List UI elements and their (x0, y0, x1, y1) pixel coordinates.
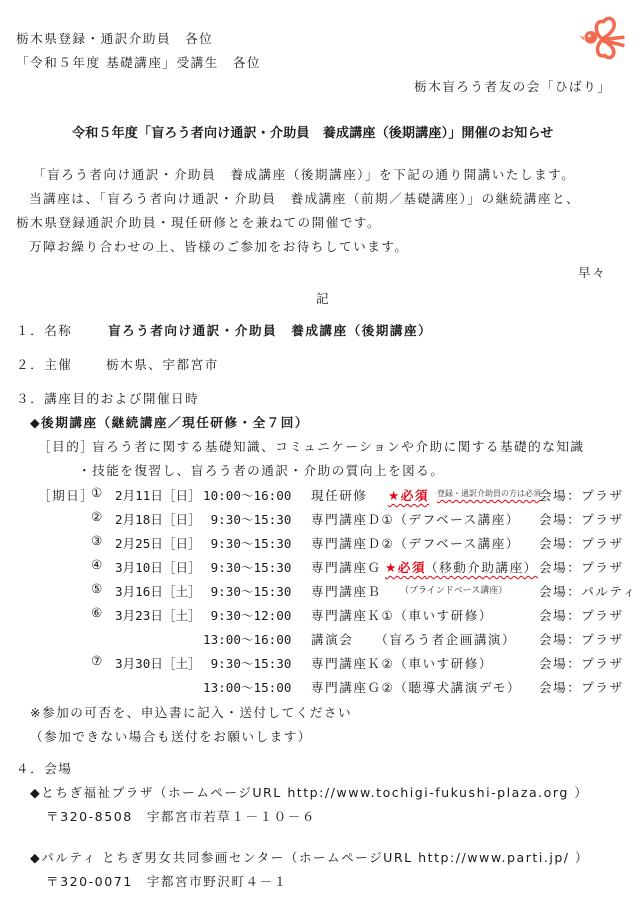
purpose-line-1: 盲ろう者に関する基礎知識、コミュニケーションや介助に関する基礎的な知識 (92, 436, 585, 455)
row-date: 3月10日［日］ (115, 557, 201, 576)
row-venue: 会場：プラザ (539, 653, 624, 672)
schedule-row-6: ⑥ 3月23日［土］ 9:30～12:00 専門講座Ｋ①（車いす研修） 会場：プ… (0, 605, 640, 623)
row-number: ① (91, 485, 104, 500)
row-course: 専門講座Ｄ②（デフベース講座） (311, 533, 520, 552)
schedule-row-3: ③ 2月25日［日］ 9:30～15:30 専門講座Ｄ②（デフベース講座） 会場… (0, 533, 640, 551)
row-course: 専門講座Ｂ (311, 581, 381, 600)
row-number: ⑤ (91, 581, 104, 596)
ki-heading: 記 (316, 288, 330, 307)
row-number: ④ (91, 557, 104, 572)
section-1-number: １．名称 (16, 320, 72, 339)
row-date: 3月30日［土］ (115, 653, 201, 672)
row-venue: 会場：プラザ (539, 509, 624, 528)
row-course-detail: （移動介助講座） (425, 557, 538, 576)
purpose-line-2: ・技能を復習し、盲ろう者の通訳・介助の質向上を図る。 (78, 460, 444, 479)
closing: 早々 (578, 262, 606, 281)
row-venue: 会場：プラザ (539, 677, 624, 696)
schedule-row-4: ④ 3月10日［日］ 9:30～15:30 専門講座Ｇ ★必須 （移動介助講座）… (0, 557, 640, 575)
row-course: 現任研修 (311, 485, 367, 504)
sender: 栃木盲ろう者友の会「ひばり」 (414, 76, 611, 95)
section-3-number: ３．講座目的および開催日時 (16, 388, 199, 407)
paragraph-4: 万障お繰り合わせの上、皆様のご参加をお待ちしています。 (29, 236, 409, 255)
recipient-line-1: 栃木県登録・通訳介助員 各位 (16, 28, 213, 47)
notice-1: ※参加の可否を、申込書に記入・送付してください (30, 702, 352, 721)
row-course: 専門講座Ｋ②（車いす研修） (311, 653, 493, 672)
row-time: 9:30～15:30 (203, 653, 291, 672)
schedule-row-5: ⑤ 3月16日［土］ 9:30～15:30 専門講座Ｂ （ブラインドベース講座）… (0, 581, 640, 599)
row-time: 9:30～15:30 (203, 533, 291, 552)
schedule-row-7: ⑦ 3月30日［土］ 9:30～15:30 専門講座Ｋ②（車いす研修） 会場：プ… (0, 653, 640, 671)
row-number: ③ (91, 533, 104, 548)
row-time: 9:30～15:30 (203, 557, 291, 576)
row-course: 専門講座Ｄ①（デフベース講座） (311, 509, 520, 528)
row-date: 3月23日［土］ (115, 605, 201, 624)
section-1-value: 盲ろう者向け通訳・介助員 養成講座（後期講座） (108, 320, 432, 339)
row-time: 9:30～12:00 (203, 605, 291, 624)
row-time: 13:00～16:00 (203, 629, 291, 648)
schedule-row-6b: 13:00～16:00 講演会 （盲ろう者企画講演） 会場：プラザ (0, 629, 640, 647)
required-mark: ★必須 (385, 557, 426, 576)
schedule-row-1: ① 2月11日［日］ 10:00～16:00 現任研修 ★必須 登録・通訳介助員… (0, 485, 640, 503)
row-venue: 会場：プラザ (539, 485, 624, 504)
row-course: 専門講座Ｇ②（聴導犬講演デモ） (311, 677, 521, 696)
purpose-label: ［目的］ (38, 436, 94, 455)
row-time: 9:30～15:30 (203, 509, 291, 528)
paragraph-3: 栃木県登録通訳介助員・現任研修とを兼ねての開催です。 (16, 212, 381, 231)
row-number: ⑥ (91, 605, 104, 620)
row-course-detail: （ブラインドベース講座） (400, 583, 507, 596)
required-mark: ★必須 (388, 485, 429, 504)
required-note: 登録・通訳介助員の方は必須 (437, 488, 541, 499)
row-number: ⑦ (91, 653, 104, 668)
row-course: 講演会 （盲ろう者企画講演） (311, 629, 516, 648)
row-date: 2月11日［日］ (115, 485, 201, 504)
document-title: 令和５年度「盲ろう者向け通訳・介助員 養成講座（後期講座）」開催のお知らせ (72, 122, 554, 141)
row-venue: 会場：プラザ (539, 629, 624, 648)
row-date: 2月25日［日］ (115, 533, 201, 552)
row-number: ② (91, 509, 104, 524)
row-venue: 会場：プラザ (539, 605, 624, 624)
venue-2-address: 〒320-0071 宇都宮市野沢町４－１ (46, 871, 288, 890)
schedule-row-7b: 13:00～15:00 専門講座Ｇ②（聴導犬講演デモ） 会場：プラザ (0, 677, 640, 695)
venue-1-address: 〒320-8508 宇都宮市若草１－１０－６ (46, 806, 316, 825)
section-2-number: ２．主催 (16, 354, 72, 373)
row-date: 2月18日［日］ (115, 509, 201, 528)
row-course: 専門講座Ｇ (311, 557, 381, 576)
notice-2: （参加できない場合も送付をお願いします） (30, 726, 312, 745)
section-2-value: 栃木県、宇都宮市 (106, 354, 219, 373)
row-date: 3月16日［土］ (115, 581, 201, 600)
schedule-row-2: ② 2月18日［日］ 9:30～15:30 専門講座Ｄ①（デフベース講座） 会場… (0, 509, 640, 527)
row-venue: 会場：プラザ (539, 533, 624, 552)
hibari-logo-icon (574, 10, 630, 66)
paragraph-1: 「盲ろう者向け通訳・介助員 養成講座（後期講座）」を下記の通り開講いたします。 (33, 164, 575, 183)
row-venue: 会場：プラザ (539, 557, 624, 576)
row-venue: 会場：パルティ (539, 581, 637, 600)
paragraph-2: 当講座は、「盲ろう者向け通訳・介助員 養成講座（前期／基礎講座）」の継続講座と、 (29, 188, 580, 207)
venue-2-name: ◆パルティ とちぎ男女共同参画センター（ホームページURL http://www… (30, 847, 589, 866)
row-time: 9:30～15:30 (203, 581, 291, 600)
venue-1-name: ◆とちぎ福祉プラザ（ホームページURL http://www.tochigi-f… (30, 782, 588, 801)
row-time: 13:00～15:00 (203, 677, 291, 696)
section-4-number: ４．会場 (16, 758, 72, 777)
recipient-line-2: 「令和５年度 基礎講座」受講生 各位 (16, 52, 261, 71)
section-3-subheading: ◆後期講座（継続講座／現任研修・全７回） (30, 412, 309, 431)
row-course: 専門講座Ｋ①（車いす研修） (311, 605, 493, 624)
row-time: 10:00～16:00 (203, 485, 291, 504)
